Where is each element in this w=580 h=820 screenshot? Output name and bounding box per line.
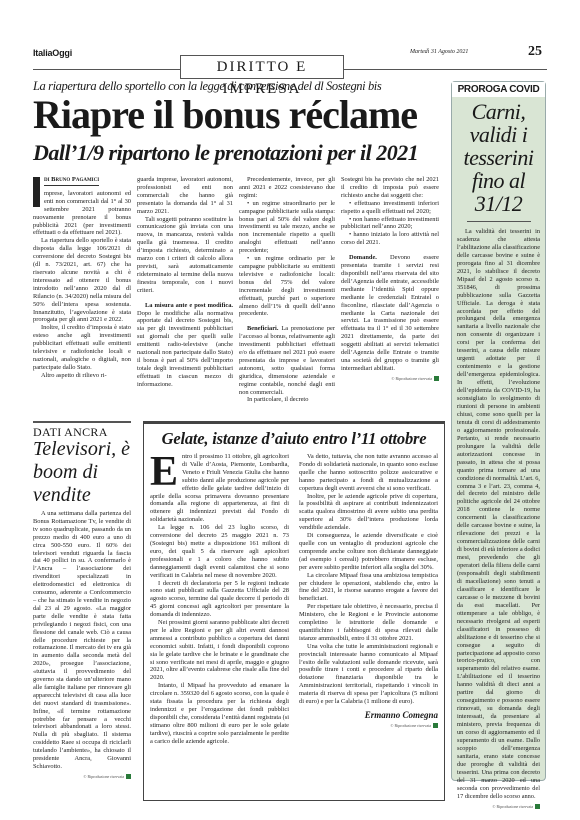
copyright-note: © Riproduzione riservata bbox=[299, 722, 438, 730]
sidebar-kicker: PROROGA COVID bbox=[452, 82, 545, 97]
main-col-3: Precedentemente, invece, per gli anni 20… bbox=[239, 176, 335, 416]
paragraph: La validità dei tesserini in scadenza ch… bbox=[457, 228, 540, 801]
ancra-body: A una settimana dalla partenza del Bonus… bbox=[33, 510, 131, 800]
sidebar-title: Carni, validi i tesserini fino al 31/12 bbox=[452, 100, 545, 215]
section-heading: La misura ante e post modifica. bbox=[145, 302, 233, 309]
paragraph: Nei prossimi giorni saranno pubblicate a… bbox=[150, 619, 289, 682]
paragraph: Tali soggetti potranno sostituire la com… bbox=[137, 216, 233, 295]
paragraph: Precedentemente, invece, per gli anni 20… bbox=[239, 176, 335, 200]
bullet-item: • hanno iniziato la loro attività nel co… bbox=[341, 231, 439, 247]
gelate-col-2: Va detto, tuttavia, che non tutte avrann… bbox=[299, 453, 438, 746]
paragraph: Sostegni bis ha previsto che nel 2021 il… bbox=[341, 176, 439, 200]
byline: di Bruno Pagamici bbox=[44, 176, 99, 186]
paragraph: La legge n. 106 del 23 luglio scorso, di… bbox=[150, 524, 289, 579]
paragraph: Devono essere presentata tramite i servi… bbox=[341, 254, 439, 372]
main-col-4: Sostegni bis ha previsto che nel 2021 il… bbox=[341, 176, 439, 416]
paragraph: Intanto, il Mipaaf ha provveduto ad eman… bbox=[150, 682, 289, 745]
paragraph: La riapertura dello sportello è stata di… bbox=[33, 237, 131, 324]
paragraph: A una settimana dalla partenza del Bonus… bbox=[33, 510, 131, 771]
sidebar-proroga-covid: PROROGA COVID Carni, validi i tesserini … bbox=[451, 81, 546, 781]
main-col-1: di Bruno Pagamici mprese, lavoratori aut… bbox=[33, 176, 131, 416]
dropcap-e: E bbox=[150, 455, 178, 489]
paragraph: Altro aspetto di rilievo ri- bbox=[33, 372, 131, 380]
paragraph: Inoltre, il credito d’imposta è stato es… bbox=[33, 324, 131, 371]
paragraph: guarda imprese, lavoratori autonomi, pro… bbox=[137, 176, 233, 216]
bullet-item: • effettuano investimenti inferiori risp… bbox=[341, 200, 439, 216]
paragraph: In particolare, il decreto bbox=[239, 396, 335, 404]
sidebar-body: La validità dei tesserini in scadenza ch… bbox=[452, 228, 545, 811]
section-title: DIRITTO E IMPRESA bbox=[180, 55, 344, 79]
copyright-note: © Riproduzione riservata bbox=[341, 375, 439, 383]
gelate-columns: E ntro il prossimo 11 ottobre, gli agric… bbox=[144, 453, 444, 746]
main-headline: Riapre il bonus réclame bbox=[33, 93, 401, 137]
paragraph: I decreti di declaratoria per 5 le regio… bbox=[150, 580, 289, 620]
section-heading: Beneficiari. bbox=[247, 325, 278, 332]
bullet-item: • un regime straordinario per le campagn… bbox=[239, 200, 335, 255]
bullet-item: • un regime ordinario per le campagne pu… bbox=[239, 255, 335, 318]
issue-date: Martedì 31 Agosto 2021 bbox=[410, 49, 468, 55]
bullet-item: • non hanno effettuato investimenti pubb… bbox=[341, 216, 439, 232]
main-subhead: Dall’1/9 ripartono le prenotazioni per i… bbox=[33, 140, 401, 166]
paragraph: Di conseguenza, le aziende diversificate… bbox=[299, 532, 438, 572]
main-col-2: guarda imprese, lavoratori autonomi, pro… bbox=[137, 176, 233, 416]
masthead-logo: ItaliaOggi bbox=[33, 48, 72, 58]
paragraph: La prenotazione per l’accesso al bonus, … bbox=[239, 325, 335, 395]
sidebar-rule bbox=[467, 221, 531, 222]
copyright-note: © Riproduzione riservata bbox=[33, 773, 131, 781]
ancra-rule bbox=[33, 421, 131, 423]
copyright-note: © Riproduzione riservata bbox=[457, 803, 540, 811]
gelate-col-1: E ntro il prossimo 11 ottobre, gli agric… bbox=[150, 453, 289, 746]
paragraph: Per rispettare tale obiettivo, è necessa… bbox=[299, 603, 438, 643]
section-heading: Domande. bbox=[349, 254, 377, 261]
author-signature: Ermanno Comegna bbox=[299, 712, 438, 720]
paragraph: mprese, lavoratori autonomi ed enti non … bbox=[33, 190, 131, 237]
gelate-title: Gelate, istanze d’aiuto entro l’11 ottob… bbox=[144, 424, 444, 453]
paragraph: Una volta che tutte le amministrazioni r… bbox=[299, 643, 438, 706]
dropcap-i bbox=[33, 177, 40, 207]
gelate-article: Gelate, istanze d’aiuto entro l’11 ottob… bbox=[143, 421, 445, 801]
paragraph: Dopo le modifiche alla normativa apporta… bbox=[137, 310, 233, 388]
paragraph: Va detto, tuttavia, che non tutte avrann… bbox=[299, 453, 438, 493]
page-number: 25 bbox=[528, 44, 542, 60]
ancra-title: Televisori, è boom di vendite bbox=[33, 438, 131, 507]
paragraph: La circolare Mipaaf fissa una ambiziosa … bbox=[299, 572, 438, 604]
paragraph: Inoltre, per le aziende agricole prive d… bbox=[299, 493, 438, 533]
